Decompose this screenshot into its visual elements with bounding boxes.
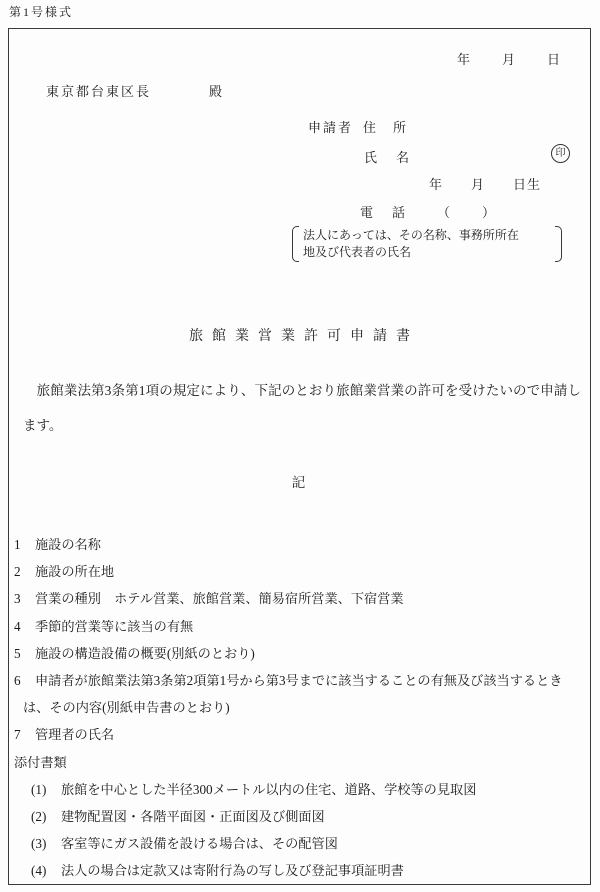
corporate-note-line2: 地及び代表者の氏名 <box>303 244 551 261</box>
attachment-number: (2) <box>31 803 61 830</box>
list-item: 3営業の種別 ホテル営業、旅館営業、簡易宿所営業、下宿営業 <box>14 585 583 612</box>
corporate-note-text: 法人にあっては、その名称、事務所所在 地及び代表者の氏名 <box>303 226 551 262</box>
list-item: 7管理者の氏名 <box>14 721 583 748</box>
item-number: 1 <box>14 531 35 558</box>
applicant-label: 申請者 <box>308 120 353 135</box>
addressee-name: 東京都台東区長 <box>46 84 151 99</box>
attachment-text: 法人の場合は定款又は寄附行為の写し及び登記事項証明書 <box>61 863 404 878</box>
attachment-item: (2)建物配置図・各階平面図・正面図及び側面図 <box>14 803 583 830</box>
attachment-item: (4)法人の場合は定款又は寄附行為の写し及び登記事項証明書 <box>14 857 583 884</box>
date-line: 年 月 日 <box>457 49 562 68</box>
attachment-text: 旅館を中心とした半径300メートル以内の住宅、道路、学校等の見取図 <box>61 782 476 797</box>
item-number: 2 <box>14 558 35 585</box>
inkan-seal-icon: 印 <box>551 144 570 163</box>
form-number-label: 第1号様式 <box>9 3 73 20</box>
applicant-address-label: 住 所 <box>363 120 408 135</box>
body-paragraph: 旅館業法第3条第1項の規定により、下記のとおり旅館業営業の許可を受けたいので申請… <box>23 373 581 443</box>
attachment-number: (3) <box>31 830 61 857</box>
phone-value: （ ） <box>437 202 497 221</box>
item-text: 施設の名称 <box>35 537 101 552</box>
item-number: 6 <box>14 667 35 694</box>
list-item: 1施設の名称 <box>14 531 583 558</box>
bracket-left-icon <box>292 226 299 262</box>
addressee-honorific: 殿 <box>209 84 224 99</box>
document-page: 第1号様式 年 月 日 東京都台東区長殿 申請者住 所 氏 名 印 年 月 日生… <box>0 0 600 892</box>
item-text: 管理者の氏名 <box>35 727 114 742</box>
document-title: 旅館業営業許可申請書 <box>9 325 590 345</box>
applicant-name-label: 氏 名 <box>364 147 412 166</box>
list-item: 5施設の構造設備の概要(別紙のとおり) <box>14 640 583 667</box>
list-item: 4季節的営業等に該当の有無 <box>14 613 583 640</box>
list-item: 2施設の所在地 <box>14 558 583 585</box>
item-text: 施設の構造設備の概要(別紙のとおり) <box>35 646 255 661</box>
item-text: 施設の所在地 <box>35 564 114 579</box>
phone-label: 電 話 <box>360 202 408 221</box>
item-text: 季節的営業等に該当の有無 <box>35 619 193 634</box>
item-number: 4 <box>14 613 35 640</box>
attachment-number: (4) <box>31 857 61 884</box>
attachment-item: (1)旅館を中心とした半径300メートル以内の住宅、道路、学校等の見取図 <box>14 776 583 803</box>
addressee-row: 東京都台東区長殿 <box>46 81 224 100</box>
corporate-note-line1: 法人にあっては、その名称、事務所所在 <box>303 227 551 244</box>
list-item: 6申請者が旅館業法第3条第2項第1号から第3号までに該当することの有無及び該当す… <box>14 667 583 721</box>
item-text: 申請者が旅館業法第3条第2項第1号から第3号までに該当することの有無及び該当する… <box>23 673 563 715</box>
items-list: 1施設の名称 2施設の所在地 3営業の種別 ホテル営業、旅館営業、簡易宿所営業、… <box>14 531 583 885</box>
attachment-item: (3)客室等にガス設備を設ける場合は、その配管図 <box>14 830 583 857</box>
applicant-row: 申請者住 所 <box>308 117 408 136</box>
attachment-text: 建物配置図・各階平面図・正面図及び側面図 <box>61 809 325 824</box>
bracket-right-icon <box>555 226 562 262</box>
attachment-number: (1) <box>31 776 61 803</box>
item-number: 3 <box>14 585 35 612</box>
corporate-note: 法人にあっては、その名称、事務所所在 地及び代表者の氏名 <box>292 226 562 262</box>
attachments-heading: 添付書類 <box>14 749 583 776</box>
item-number: 5 <box>14 640 35 667</box>
attachment-text: 客室等にガス設備を設ける場合は、その配管図 <box>61 836 338 851</box>
ki-heading: 記 <box>9 471 590 491</box>
item-text: 営業の種別 ホテル営業、旅館営業、簡易宿所営業、下宿営業 <box>35 591 404 606</box>
form-sheet: 年 月 日 東京都台東区長殿 申請者住 所 氏 名 印 年 月 日生 電 話 （… <box>8 28 591 885</box>
item-number: 7 <box>14 721 35 748</box>
birth-date-line: 年 月 日生 <box>429 174 541 193</box>
